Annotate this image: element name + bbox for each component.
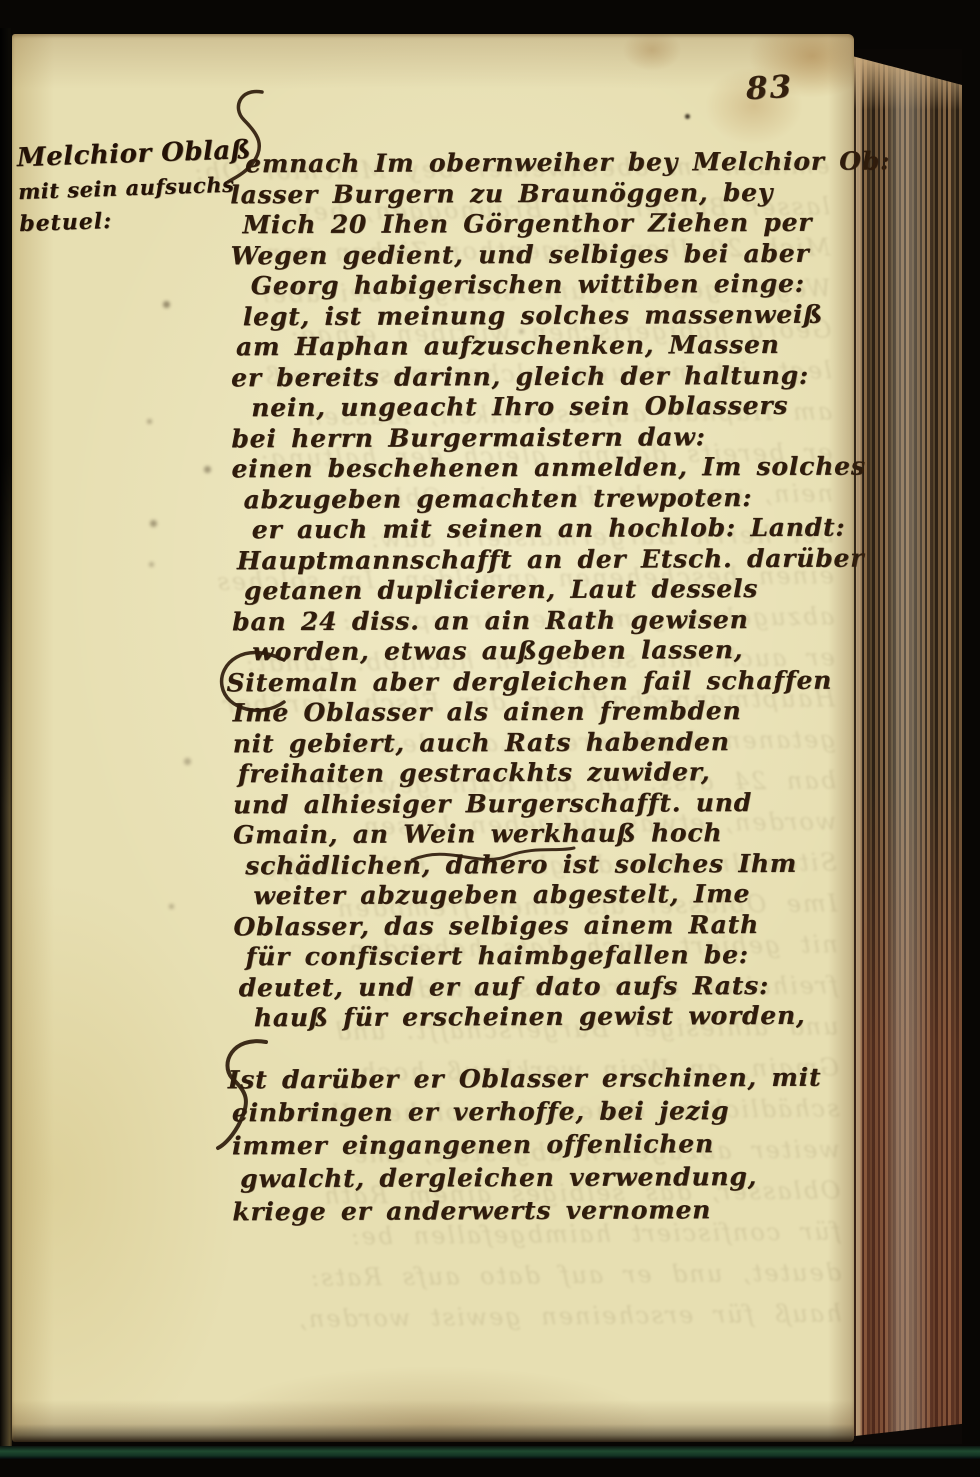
- manuscript-line: er auch mit seinen an hochlob: Landt:: [252, 513, 840, 546]
- manuscript-line: emnach Im obernweiher bey Melchior Ob:: [245, 147, 838, 180]
- body-paragraph-1: emnach Im obernweiher bey Melchior Ob:la…: [230, 147, 842, 1034]
- manuscript-line: nein, ungeacht Ihro sein Oblassers: [251, 391, 839, 424]
- manuscript-line: bei herrn Burgermaistern daw:: [231, 421, 839, 454]
- manuscript-line: weiter abzugeben abgestelt, Ime: [253, 879, 841, 912]
- margin-note: Melchior Oblaß mit sein aufsuchs betuel:: [16, 134, 259, 241]
- body-paragraph-2: Ist darüber er Oblasser erschinen, mitei…: [232, 1061, 841, 1229]
- manuscript-line: gwalcht, dergleichen verwendung,: [240, 1160, 840, 1196]
- manuscript-line: legt, ist meinung solches massenweiß: [243, 299, 839, 332]
- manuscript-line: für confisciert haimbgefallen be:: [246, 940, 842, 973]
- manuscript-line: lasser Burgern zu Braunöggen, bey: [230, 177, 838, 210]
- manuscript-line: Hauptmannschafft an der Etsch. darüber: [237, 543, 840, 576]
- table-edge-strip: [0, 1446, 980, 1459]
- manuscript-line: Oblasser, das selbiges ainem Rath: [233, 909, 841, 942]
- manuscript-line: abzugeben gemachten trewpoten:: [244, 482, 840, 515]
- ink-smudges: [0, 0, 3, 3]
- manuscript-line: nit gebiert, auch Rats habenden: [233, 726, 841, 759]
- manuscript-line: ban 24 diss. an ain Rath gewisen: [232, 604, 840, 637]
- manuscript-line: Wegen gedient, und selbiges bei aber: [230, 238, 838, 271]
- spine-shadow: [0, 28, 12, 1448]
- manuscript-line: Ime Oblasser als ainen frembden: [232, 696, 840, 729]
- manuscript-line: hauß für erscheinen gewist worden,: [254, 1001, 842, 1034]
- manuscript-line: er bereits darinn, gleich der haltung:: [231, 360, 839, 393]
- manuscript-line: einen beschehenen anmelden, Im solches: [231, 452, 839, 485]
- manuscript-line: einbringen er verhoffe, bei jezig: [232, 1094, 840, 1130]
- manuscript-line: Sitemaln aber dergleichen fail schaffen: [226, 665, 840, 698]
- page-number: 83: [745, 69, 794, 107]
- manuscript-line: Mich 20 Ihen Görgenthor Ziehen per: [242, 208, 838, 241]
- manuscript-line: deutet, und er auf dato aufs Rats:: [239, 970, 842, 1003]
- manuscript-line: getanen duplicieren, Laut dessels: [244, 574, 840, 607]
- manuscript-line: schädlichen, dahero ist solches Ihm: [245, 848, 841, 881]
- manuscript-line: Gmain, an Wein werkhauß hoch: [233, 818, 841, 851]
- manuscript-line: kriege er anderwerts vernomen: [232, 1193, 840, 1229]
- manuscript-line: immer eingangenen offenlichen: [232, 1127, 840, 1163]
- book-fore-edge-pages: [854, 50, 962, 1442]
- manuscript-line: am Haphan aufzuschenken, Massen: [236, 330, 839, 363]
- manuscript-photo: emnach Im obernweiher bey Melchior Ob:la…: [0, 0, 980, 1477]
- manuscript-line: Georg habigerischen wittiben einge:: [251, 269, 839, 302]
- manuscript-line: und alhiesiger Burgerschafft. und: [233, 787, 841, 820]
- manuscript-line: freihaiten gestrackhts zuwider,: [238, 757, 841, 790]
- manuscript-line: worden, etwas außgeben lassen,: [252, 635, 840, 668]
- manuscript-line: Ist darüber er Oblasser erschinen, mit: [228, 1061, 840, 1097]
- book-spine-edge: [0, 28, 12, 1448]
